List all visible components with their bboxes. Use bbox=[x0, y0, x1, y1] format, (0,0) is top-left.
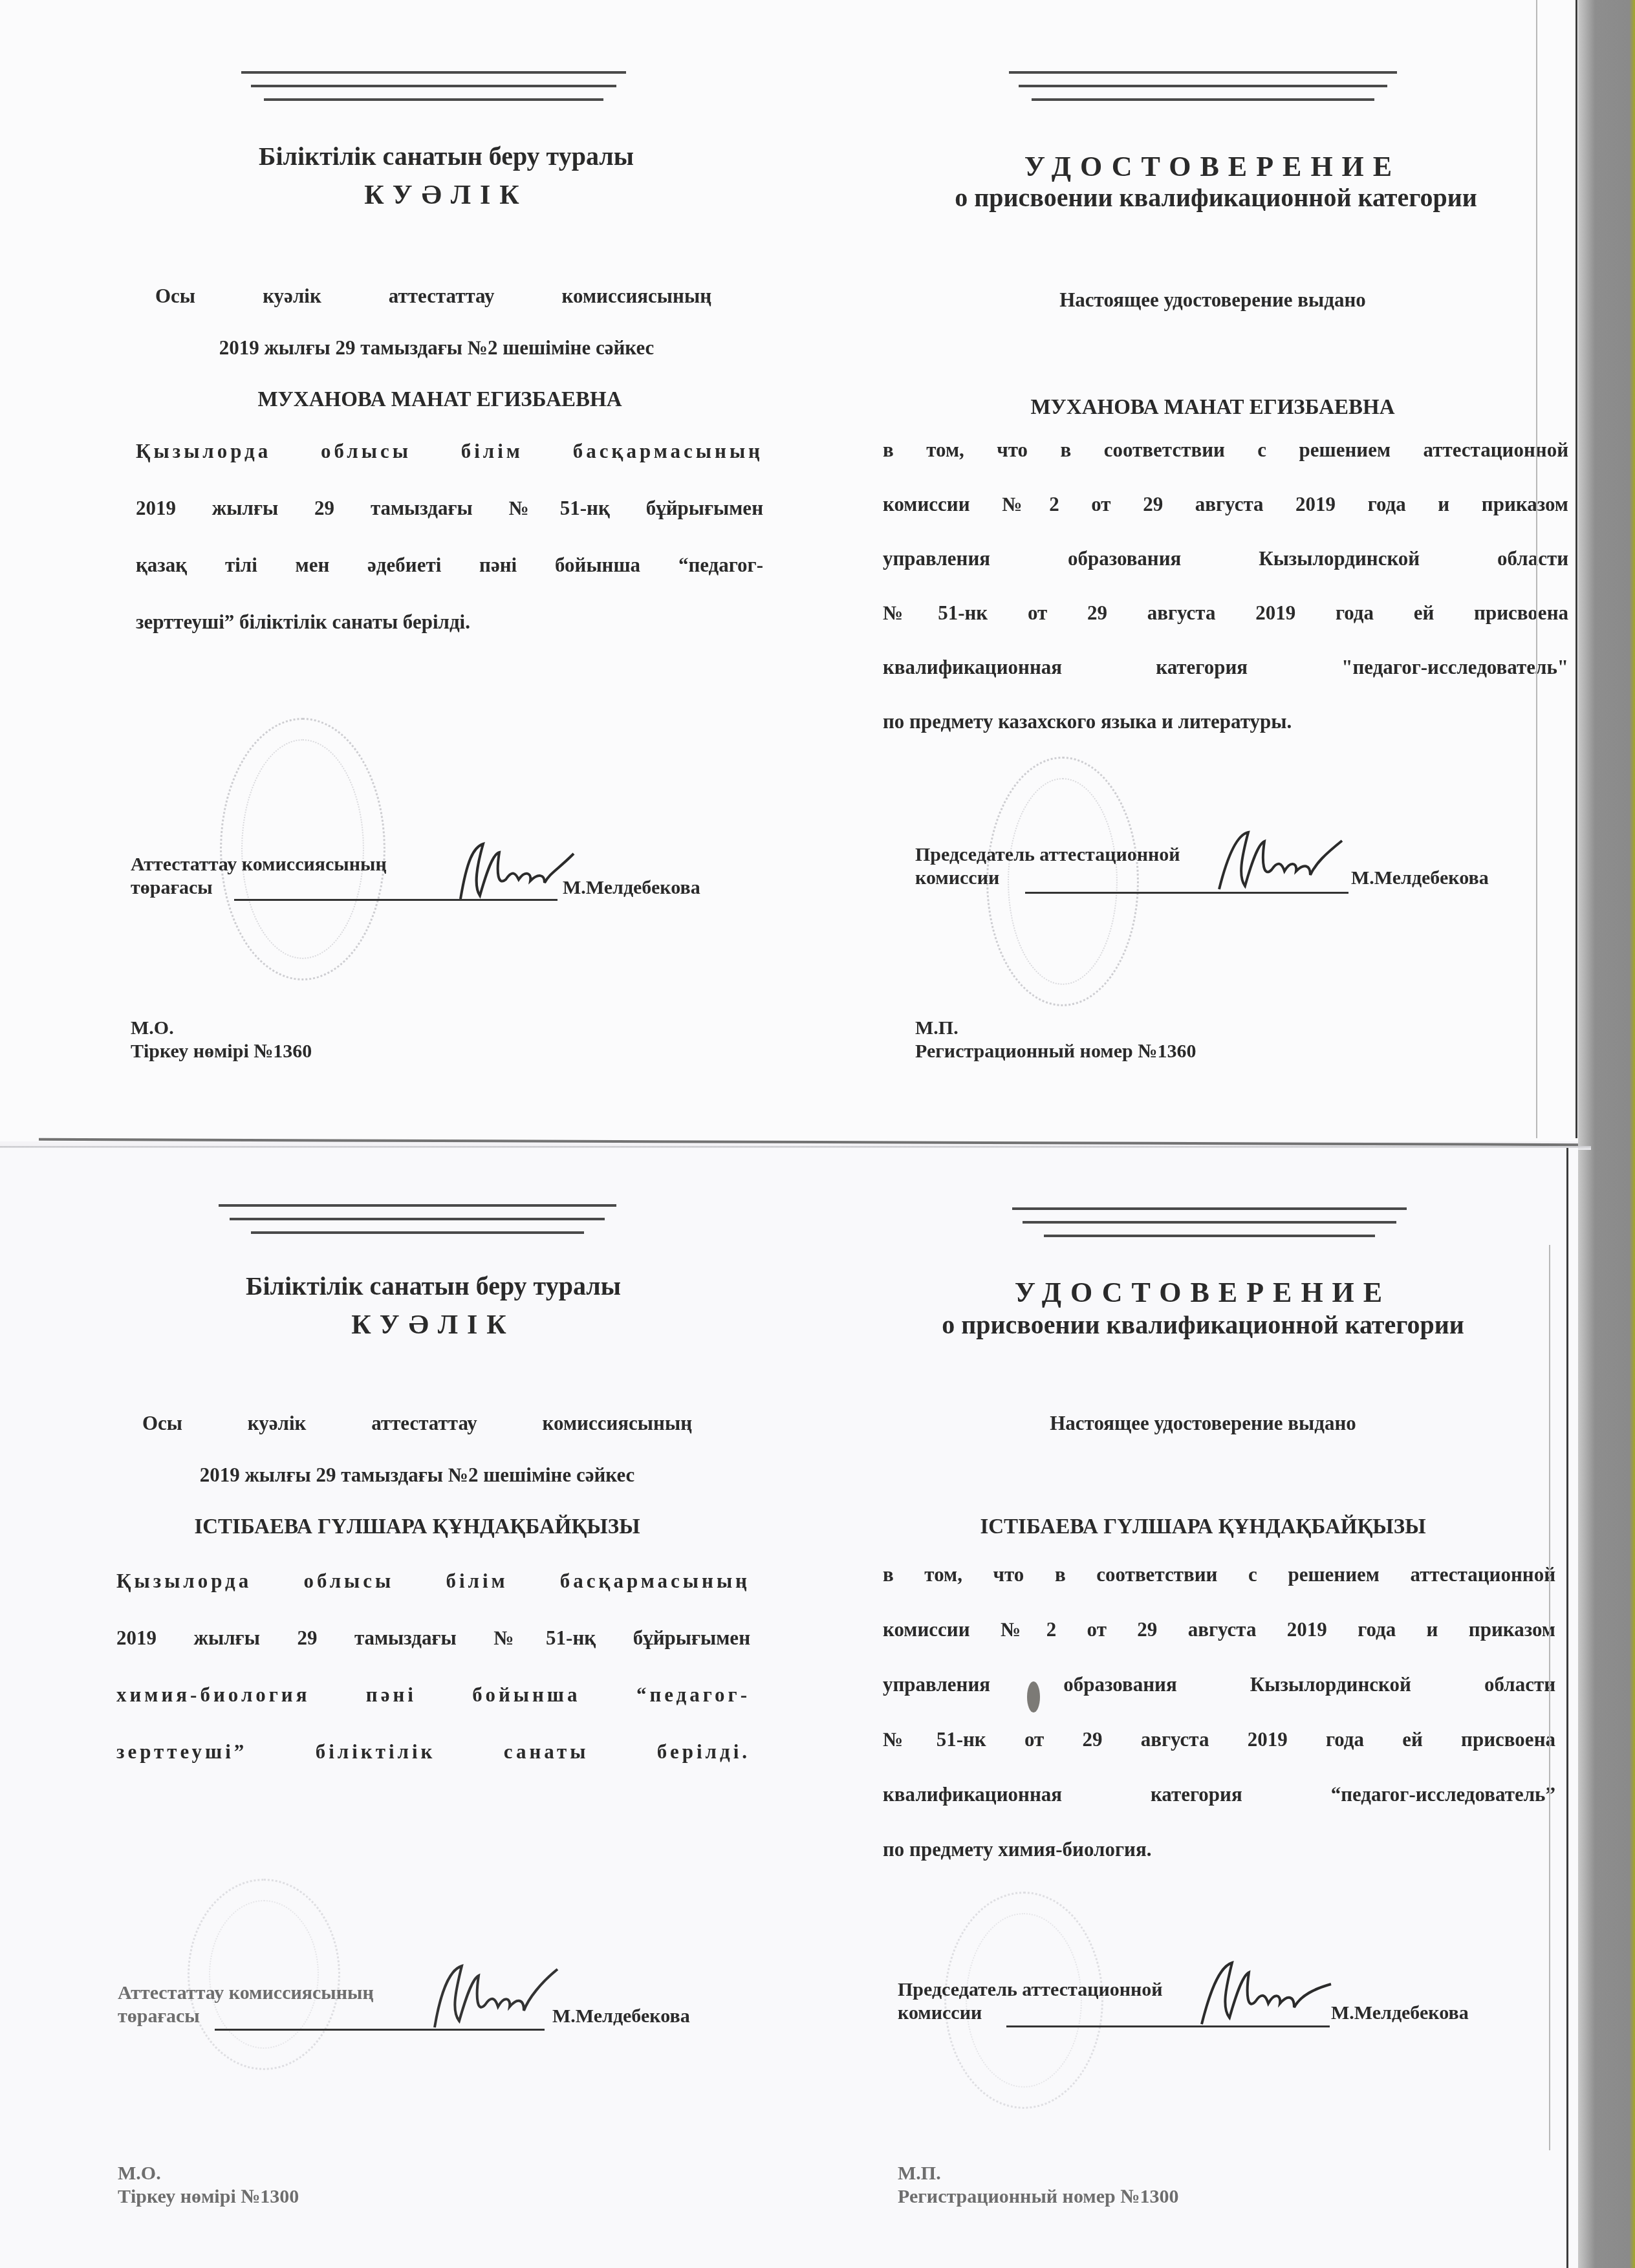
kz-cert-word: КУӘЛІК bbox=[123, 180, 770, 211]
registration-number: Тіркеу нөмірі №1360 bbox=[131, 1040, 312, 1063]
ru-body-line-1: в том, что в соответствии с решением атт… bbox=[883, 438, 1568, 462]
ru-body-line-6: по предмету казахского языка и литератур… bbox=[883, 710, 1568, 733]
kz-signature-block: Аттестаттау комиссиясының төрағасы М.Мел… bbox=[118, 1982, 764, 2047]
ru-cert-word: УДОСТОВЕРЕНИЕ bbox=[880, 1276, 1526, 1309]
ru-body-line-3: управления образования Кызылординской об… bbox=[883, 1673, 1555, 1696]
certificate-sheet-1: Біліктілік санатын беру туралы КУӘЛІК Ос… bbox=[0, 0, 1578, 1141]
official-seal bbox=[220, 718, 385, 980]
signer-role-line-1: Председатель аттестационной bbox=[915, 844, 1180, 866]
handwritten-signature-icon bbox=[1192, 1953, 1341, 2031]
kz-body-line-4: зерттеуші” біліктілік санаты берілді. bbox=[116, 1740, 750, 1764]
kz-title: Біліктілік санатын беру туралы bbox=[123, 141, 770, 171]
recipient-name-kz: МУХАНОВА МАНАТ ЕГИЗБАЕВНА bbox=[129, 388, 750, 412]
ru-panel-2: УДОСТОВЕРЕНИЕ о присвоении квалификацион… bbox=[880, 1148, 1526, 2268]
signer-role-line-1: Председатель аттестационной bbox=[898, 1979, 1163, 2001]
kz-body-line-3: қазақ тілі мен әдебиеті пәні бойынша “пе… bbox=[136, 554, 763, 577]
registration-number: Регистрационный номер №1300 bbox=[898, 2185, 1178, 2209]
seal-label: М.О. bbox=[118, 2162, 299, 2185]
signer-name: М.Мелдебекова bbox=[1351, 867, 1489, 889]
registration-number: Тіркеу нөмірі №1300 bbox=[118, 2185, 299, 2209]
signer-role-line-1: Аттестаттау комиссиясының bbox=[118, 1982, 374, 2004]
kz-body-line-3: химия-биология пәні бойынша “педагог- bbox=[116, 1683, 750, 1707]
signer-name: М.Мелдебекова bbox=[552, 2005, 690, 2027]
recipient-name-ru: МУХАНОВА МАНАТ ЕГИЗБАЕВНА bbox=[889, 396, 1536, 420]
signer-role-line-2: комиссии bbox=[898, 2002, 982, 2024]
ru-body-line-3: управления образования Кызылординской об… bbox=[883, 547, 1568, 570]
kz-body-line-4: зерттеуші” біліктілік санаты берілді. bbox=[136, 610, 763, 634]
ru-subtitle: о присвоении квалификационной категории bbox=[870, 182, 1562, 213]
certificate-sheet-2: Біліктілік санатын беру туралы КУӘЛІК Ос… bbox=[0, 1148, 1578, 2268]
ru-body-line-5: квалификационная категория “педагог-иссл… bbox=[883, 1783, 1555, 1806]
header-rules bbox=[123, 71, 770, 112]
signer-role-line-2: комиссии bbox=[915, 867, 999, 889]
ru-body-line-1: в том, что в соответствии с решением атт… bbox=[883, 1563, 1555, 1586]
page-edge-rule bbox=[1575, 0, 1577, 1138]
signer-role-line-2: төрағасы bbox=[131, 877, 213, 899]
ru-cert-word: УДОСТОВЕРЕНИЕ bbox=[889, 150, 1536, 183]
kz-intro-line-1: Осы куәлік аттестаттау комиссиясының bbox=[142, 1412, 692, 1435]
ru-registration-block: М.П. Регистрационный номер №1300 bbox=[898, 2162, 1178, 2209]
ru-issued-to: Настоящее удостоверение выдано bbox=[880, 1412, 1526, 1435]
ru-body-line-2: комиссии №2 от 29 августа 2019 года и пр… bbox=[883, 1618, 1555, 1641]
kz-body-line-1: Қызылорда облысы білім басқармасының bbox=[136, 440, 763, 463]
header-rules bbox=[880, 1207, 1526, 1248]
handwritten-signature-icon bbox=[1209, 825, 1352, 896]
signer-role-line-1: Аттестаттау комиссиясының bbox=[131, 854, 387, 876]
kz-body-line-2: 2019 жылғы 29 тамыздағы №51-нқ бұйрығыме… bbox=[116, 1626, 750, 1650]
kz-signature-block: Аттестаттау комиссиясының төрағасы М.Мел… bbox=[131, 854, 777, 918]
signer-role-line-2: төрағасы bbox=[118, 2005, 200, 2027]
registration-number: Регистрационный номер №1360 bbox=[915, 1040, 1196, 1063]
kz-intro-line-1: Осы куәлік аттестаттау комиссиясының bbox=[155, 285, 711, 308]
kz-body-line-2: 2019 жылғы 29 тамыздағы №51-нқ бұйрығыме… bbox=[136, 497, 763, 520]
ru-signature-block: Председатель аттестационной комиссии М.М… bbox=[915, 844, 1562, 909]
signer-name: М.Мелдебекова bbox=[1331, 2002, 1469, 2024]
kz-intro-line-2: 2019 жылғы 29 тамыздағы №2 шешіміне сәйк… bbox=[123, 336, 750, 360]
signer-name: М.Мелдебекова bbox=[563, 877, 700, 899]
header-rules bbox=[110, 1204, 757, 1245]
page-edge-rule bbox=[1536, 0, 1537, 1138]
kz-panel-1: Біліктілік санатын беру туралы КУӘЛІК Ос… bbox=[123, 0, 770, 1138]
ru-body-line-2: комиссии №2 от 29 августа 2019 года и пр… bbox=[883, 493, 1568, 516]
page-edge-rule bbox=[1549, 1245, 1550, 2150]
page-edge-rule bbox=[1566, 1148, 1568, 2268]
kz-title: Біліктілік санатын беру туралы bbox=[110, 1271, 757, 1301]
ru-panel-1: УДОСТОВЕРЕНИЕ о присвоении квалификацион… bbox=[889, 0, 1536, 1138]
dirt-speck bbox=[1027, 1681, 1040, 1712]
kz-body-line-1: Қызылорда облысы білім басқармасының bbox=[116, 1570, 750, 1593]
seal-label: М.П. bbox=[915, 1017, 1196, 1040]
seal-label: М.П. bbox=[898, 2162, 1178, 2185]
kz-intro-line-2: 2019 жылғы 29 тамыздағы №2 шешіміне сәйк… bbox=[110, 1463, 724, 1487]
ru-body-line-4: №51-нк от 29 августа 2019 года ей присво… bbox=[883, 601, 1568, 625]
scanner-edge bbox=[1578, 0, 1635, 2268]
recipient-name-ru: ІСТІБАЕВА ГҮЛШАРА ҚҰНДАҚБАЙҚЫЗЫ bbox=[880, 1515, 1526, 1539]
ru-body-line-4: №51-нк от 29 августа 2019 года ей присво… bbox=[883, 1728, 1555, 1751]
handwritten-signature-icon bbox=[422, 1956, 564, 2034]
seal-label: М.О. bbox=[131, 1017, 312, 1040]
recipient-name-kz: ІСТІБАЕВА ГҮЛШАРА ҚҰНДАҚБАЙҚЫЗЫ bbox=[110, 1515, 724, 1539]
ru-body-line-5: квалификационная категория "педагог-иссл… bbox=[883, 656, 1568, 679]
header-rules bbox=[889, 71, 1536, 112]
kz-cert-word: КУӘЛІК bbox=[110, 1310, 757, 1341]
ru-body-line-6: по предмету химия-биология. bbox=[883, 1838, 1555, 1861]
ru-subtitle: о присвоении квалификационной категории bbox=[860, 1310, 1546, 1340]
ru-registration-block: М.П. Регистрационный номер №1360 bbox=[915, 1017, 1196, 1063]
kz-registration-block: М.О. Тіркеу нөмірі №1300 bbox=[118, 2162, 299, 2209]
kz-panel-2: Біліктілік санатын беру туралы КУӘЛІК Ос… bbox=[110, 1148, 757, 2268]
ru-issued-to: Настоящее удостоверение выдано bbox=[889, 288, 1536, 312]
ru-signature-block: Председатель аттестационной комиссии М.М… bbox=[898, 1979, 1544, 2044]
kz-registration-block: М.О. Тіркеу нөмірі №1360 bbox=[131, 1017, 312, 1063]
